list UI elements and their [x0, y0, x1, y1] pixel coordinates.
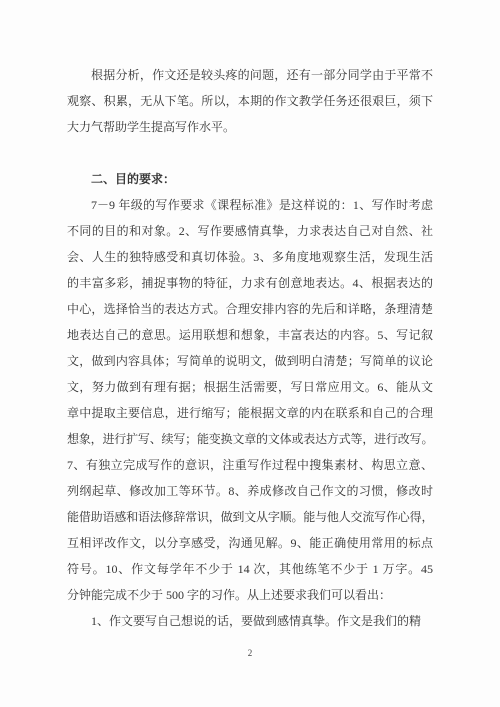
text-line: 7－9 年级的写作要求《课程标准》是这样说的：1、写作时考虑 [67, 192, 433, 218]
text-line: 列纲起草、修改加工等环节。8、养成修改自己作文的习惯，修改时 [67, 478, 433, 504]
text-line: 符号。10、作文每学年不少于 14 次，其他练笔不少于 1 万字。45 [67, 556, 433, 582]
text-line: 分钟能完成不少于 500 字的习作。从上述要求我们可以看出： [67, 582, 433, 608]
text-line: 根据分析，作文还是较头疼的问题，还有一部分同学由于平常不 [67, 62, 433, 88]
text-line: 7、有独立完成写作的意识，注重写作过程中搜集素材、构思立意、 [67, 452, 433, 478]
paragraph-conclusion: 1、作文要写自己想说的话，要做到感情真挚。作文是我们的精 [67, 608, 433, 634]
text-line: 互相评改作文，以分享感受，沟通见解。9、能正确使用常用的标点 [67, 530, 433, 556]
text-line: 地表达自己的意思。运用联想和想象，丰富表达的内容。5、写记叙 [67, 322, 433, 348]
text-line: 会、人生的独特感受和真切体验。3、多角度地观察生活，发现生活 [67, 244, 433, 270]
document-page: 根据分析，作文还是较头疼的问题，还有一部分同学由于平常不 观察、积累，无从下笔。… [0, 0, 500, 707]
text-line: 中心，选择恰当的表达方式。合理安排内容的先后和详略，条理清楚 [67, 296, 433, 322]
page-number: 2 [67, 647, 433, 659]
text-line: 章中提取主要信息，进行缩写；能根据文章的内在联系和自己的合理 [67, 400, 433, 426]
paragraph-analysis: 根据分析，作文还是较头疼的问题，还有一部分同学由于平常不 观察、积累，无从下笔。… [67, 62, 433, 140]
text-line: 能借助语感和语法修辞常识，做到文从字顺。能与他人交流写作心得， [67, 504, 433, 530]
text-line: 文，努力做到有理有据；根据生活需要，写日常应用文。6、能从文 [67, 374, 433, 400]
text-line: 1、作文要写自己想说的话，要做到感情真挚。作文是我们的精 [67, 608, 433, 634]
text-line: 文，做到内容具体；写简单的说明文，做到明白清楚；写简单的议论 [67, 348, 433, 374]
paragraph-requirements: 7－9 年级的写作要求《课程标准》是这样说的：1、写作时考虑 不同的目的和对象。… [67, 192, 433, 608]
section-heading: 二、目的要求： [67, 166, 433, 192]
text-line: 大力气帮助学生提高写作水平。 [67, 114, 433, 140]
text-line: 不同的目的和对象。2、写作要感情真挚，力求表达自己对自然、社 [67, 218, 433, 244]
text-line: 想象，进行扩写、续写；能变换文章的文体或表达方式等，进行改写。 [67, 426, 433, 452]
text-line: 的丰富多彩，捕捉事物的特征，力求有创意地表达。4、根据表达的 [67, 270, 433, 296]
text-line: 观察、积累，无从下笔。所以，本期的作文教学任务还很艰巨，须下 [67, 88, 433, 114]
